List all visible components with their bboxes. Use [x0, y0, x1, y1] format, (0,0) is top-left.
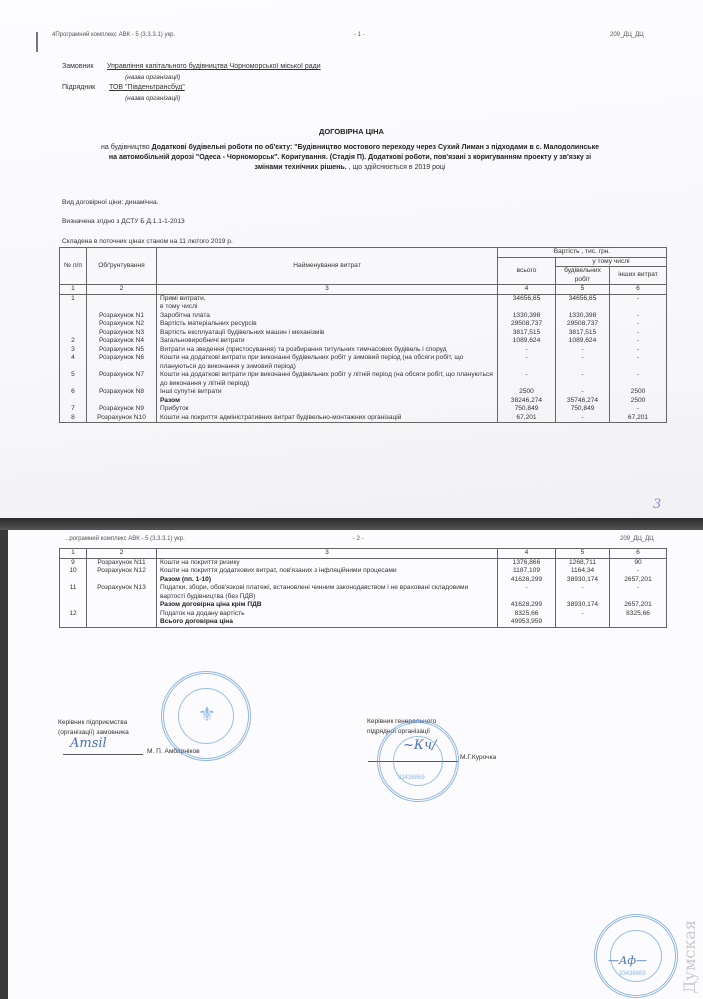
row-name: Загальновиробничі витрати — [157, 337, 498, 346]
table-row: Разом договірна ціна крім ПДВ41628,29938… — [60, 601, 667, 610]
row-construction: - — [556, 371, 610, 388]
stamp-code: 33436869 — [619, 971, 646, 977]
row-name: Вартість матеріальних ресурсів — [157, 320, 498, 329]
table-row: 5Розрахунок N7Кошти на додаткові витрати… — [60, 371, 667, 388]
row-name: Кошти на покриття ризику — [157, 558, 498, 567]
row-number — [60, 303, 87, 312]
row-total: 1376,866 — [498, 558, 556, 567]
col-header-basis: Обґрунтування — [87, 248, 157, 285]
contractor-value: ТОВ "Південьтрансбуд" — [109, 84, 185, 91]
row-basis: Розрахунок N1 — [87, 312, 157, 321]
col-header-other: інших витрат — [610, 267, 667, 285]
row-total — [498, 303, 556, 312]
row-name: в тому числі — [157, 303, 498, 312]
row-basis: Розрахунок N9 — [87, 405, 157, 414]
table-row: Розрахунок N2Вартість матеріальних ресур… — [60, 320, 667, 329]
row-total: 1187,109 — [498, 567, 556, 576]
row-name: Кошти на покриття адміністративних витра… — [157, 414, 498, 423]
row-name: Заробітна плата — [157, 312, 498, 321]
table-row: 6Розрахунок N8Інші супутні витрати2500-2… — [60, 388, 667, 397]
row-number — [60, 618, 87, 627]
row-other: 2500 — [610, 397, 667, 406]
row-construction: 34656,65 — [556, 294, 610, 303]
table-row: 11Розрахунок N13Податки, збори, обов'язк… — [60, 584, 667, 601]
price-type: Вид договірної ціни: динамічна. — [62, 199, 158, 206]
table-row: 10Розрахунок N12Кошти на покриття додатк… — [60, 567, 667, 576]
row-construction: 1164,34 — [556, 567, 610, 576]
col-header-construction: будівельних робіт — [556, 267, 610, 285]
row-other: - — [610, 337, 667, 346]
row-other: 90 — [610, 558, 667, 567]
row-name: Податок на додану вартість — [157, 610, 498, 619]
customer-value: Управління капітального будівництва Чорн… — [107, 63, 321, 70]
row-construction: - — [556, 346, 610, 355]
row-other — [610, 618, 667, 627]
row-name: Разом (пп. 1-10) — [157, 576, 498, 585]
row-other: 2657,201 — [610, 576, 667, 585]
row-basis — [87, 576, 157, 585]
table-row: 2Розрахунок N4Загальновиробничі витрати1… — [60, 337, 667, 346]
row-total: 3817,515 — [498, 329, 556, 338]
column-number-row: 1 2 3 4 5 6 — [60, 549, 667, 559]
row-name: Кошти на покриття додаткових витрат, пов… — [157, 567, 498, 576]
document-page-1: 4Програмний комплекс АВК - 5 (3.3.3.1) у… — [0, 0, 703, 518]
row-other: - — [610, 371, 667, 388]
row-other: - — [610, 405, 667, 414]
row-construction: - — [556, 610, 610, 619]
row-total: 38246,274 — [498, 397, 556, 406]
col-number: 5 — [556, 549, 610, 559]
row-construction: 750,849 — [556, 405, 610, 414]
row-total: 1089,624 — [498, 337, 556, 346]
table-row: 3Розрахунок N5Витрати на зведення (прист… — [60, 346, 667, 355]
col-number: 4 — [498, 549, 556, 559]
row-other: - — [610, 294, 667, 303]
row-other — [610, 303, 667, 312]
row-construction: 1268,711 — [556, 558, 610, 567]
compiled-date: Складена в поточних цінах станом на 11 л… — [62, 238, 233, 245]
row-basis — [87, 397, 157, 406]
row-other: - — [610, 312, 667, 321]
page-header-left: 4Програмний комплекс АВК - 5 (3.3.3.1) у… — [52, 32, 175, 38]
row-number: 2 — [60, 337, 87, 346]
row-name: Прямі витрати, — [157, 294, 498, 303]
customer-sign-line — [63, 754, 143, 755]
col-number: 4 — [498, 285, 556, 295]
project-description: на будівництво Додаткові будівельні робо… — [100, 143, 600, 173]
row-basis: Розрахунок N11 — [87, 558, 157, 567]
table-row: 7Розрахунок N9Прибуток750,849750,849- — [60, 405, 667, 414]
row-basis — [87, 610, 157, 619]
row-name: Інші супутні витрати — [157, 388, 498, 397]
row-total: - — [498, 371, 556, 388]
row-basis — [87, 601, 157, 610]
row-total: 41628,299 — [498, 601, 556, 610]
watermark: Думская — [680, 920, 699, 993]
row-construction: 29508,737 — [556, 320, 610, 329]
col-number: 3 — [157, 285, 498, 295]
row-total: 750,849 — [498, 405, 556, 414]
row-construction: - — [556, 388, 610, 397]
row-total: - — [498, 346, 556, 355]
page-header-left: ..рограмний комплекс АВК - 5 (3.3.3.1) у… — [66, 536, 185, 542]
customer-signature: Amsil — [70, 736, 107, 751]
stamp-code: 33436869 — [398, 775, 425, 781]
row-number: 3 — [60, 346, 87, 355]
col-header-num: № п/п — [60, 248, 87, 285]
row-other: - — [610, 320, 667, 329]
row-other: - — [610, 584, 667, 601]
page-header-right: 209_ДЦ_ДЦ — [610, 32, 644, 38]
table-row: Всього договірна ціна49953,959 — [60, 618, 667, 627]
document-page-2: ..рограмний комплекс АВК - 5 (3.3.3.1) у… — [8, 530, 703, 999]
cost-table-page-1: № п/п Обґрунтування Найменування витрат … — [59, 247, 667, 423]
contractor-label: Підрядник — [62, 84, 95, 91]
row-other: 67,201 — [610, 414, 667, 423]
row-other: 2500 — [610, 388, 667, 397]
table-row: Розрахунок N1Заробітна плата1330,3981330… — [60, 312, 667, 321]
row-name: Разом — [157, 397, 498, 406]
page-header-center: - 1 - — [354, 32, 365, 38]
row-name: Витрати на зведення (пристосування) та р… — [157, 346, 498, 355]
col-number: 5 — [556, 285, 610, 295]
row-total: 67,201 — [498, 414, 556, 423]
row-name: Кошти на додаткові витрати при виконанні… — [157, 371, 498, 388]
page-separator — [0, 518, 703, 530]
row-number — [60, 320, 87, 329]
table-row: Разом (пп. 1-10)41628,29938930,1742657,2… — [60, 576, 667, 585]
col-number: 1 — [60, 285, 87, 295]
table-row: 9Розрахунок N11Кошти на покриття ризику1… — [60, 558, 667, 567]
row-number: 9 — [60, 558, 87, 567]
handwritten-page-number: 3 — [653, 497, 661, 512]
col-header-total: всього — [498, 257, 556, 285]
row-basis: Розрахунок N2 — [87, 320, 157, 329]
row-basis: Розрахунок N12 — [87, 567, 157, 576]
row-total: 1330,398 — [498, 312, 556, 321]
row-total: 8325,66 — [498, 610, 556, 619]
customer-hint: (назва організації) — [125, 74, 180, 81]
row-total: 41628,299 — [498, 576, 556, 585]
row-construction: - — [556, 354, 610, 371]
row-construction: 38930,174 — [556, 576, 610, 585]
desc-prefix: на будівництво — [101, 144, 150, 151]
row-basis: Розрахунок N4 — [87, 337, 157, 346]
table-row: 1Прямі витрати,34656,6534656,65- — [60, 294, 667, 303]
table-row: в тому числі — [60, 303, 667, 312]
trident-icon: ⚜ — [198, 702, 216, 727]
desc-suffix: , що здійснюється в 2019 році — [349, 164, 446, 171]
margin-mark — [36, 32, 38, 52]
row-total: 49953,959 — [498, 618, 556, 627]
row-basis — [87, 618, 157, 627]
row-total: 2500 — [498, 388, 556, 397]
row-number — [60, 312, 87, 321]
row-construction: - — [556, 414, 610, 423]
row-construction: - — [556, 584, 610, 601]
row-other: - — [610, 567, 667, 576]
col-header-name: Найменування витрат — [157, 248, 498, 285]
customer-label: Замовник — [62, 63, 93, 70]
col-number: 6 — [610, 549, 667, 559]
row-construction: 35746,274 — [556, 397, 610, 406]
row-number — [60, 576, 87, 585]
row-number — [60, 329, 87, 338]
row-total: 29508,737 — [498, 320, 556, 329]
table-row: Разом38246,27435746,2742500 — [60, 397, 667, 406]
cost-table-page-2: 1 2 3 4 5 6 9Розрахунок N11Кошти на покр… — [59, 548, 667, 628]
contractor-sign-name: М.Г.Курочка — [460, 754, 496, 761]
table-row: 4Розрахунок N6Кошти на додаткові витрати… — [60, 354, 667, 371]
row-basis: Розрахунок N8 — [87, 388, 157, 397]
row-other: 2657,201 — [610, 601, 667, 610]
col-number: 2 — [87, 549, 157, 559]
row-number: 12 — [60, 610, 87, 619]
row-basis: Розрахунок N13 — [87, 584, 157, 601]
row-total: - — [498, 584, 556, 601]
row-construction: 1089,624 — [556, 337, 610, 346]
row-number: 7 — [60, 405, 87, 414]
document-title: ДОГОВІРНА ЦІНА — [0, 127, 703, 136]
row-number: 6 — [60, 388, 87, 397]
customer-official-stamp: ⚜ — [161, 671, 251, 761]
row-name: Прибуток — [157, 405, 498, 414]
customer-sign-title-1: Керівник підприємства — [58, 719, 127, 726]
row-name: Кошти на додаткові витрати при виконанні… — [157, 354, 498, 371]
row-number: 1 — [60, 294, 87, 303]
row-name: Податки, збори, обов'язкові платежі, вст… — [157, 584, 498, 601]
corner-signature: —Аф— — [608, 954, 647, 967]
row-other: 8325,66 — [610, 610, 667, 619]
col-number: 6 — [610, 285, 667, 295]
row-basis: Розрахунок N6 — [87, 354, 157, 371]
contractor-hint: (назва організації) — [125, 95, 180, 102]
page-header-center: - 2 - — [353, 536, 364, 542]
row-number — [60, 601, 87, 610]
row-construction: 38930,174 — [556, 601, 610, 610]
row-name: Разом договірна ціна крім ПДВ — [157, 601, 498, 610]
row-number — [60, 397, 87, 406]
row-construction — [556, 618, 610, 627]
table-row: 8Розрахунок N10Кошти на покриття адмініс… — [60, 414, 667, 423]
row-number: 8 — [60, 414, 87, 423]
row-number: 11 — [60, 584, 87, 601]
row-number: 4 — [60, 354, 87, 371]
row-basis: Розрахунок N7 — [87, 371, 157, 388]
row-total: 34656,65 — [498, 294, 556, 303]
row-name: Всього договірна ціна — [157, 618, 498, 627]
row-construction: 3817,515 — [556, 329, 610, 338]
row-basis — [87, 294, 157, 303]
row-basis: Розрахунок N5 — [87, 346, 157, 355]
row-number: 10 — [60, 567, 87, 576]
col-header-cost: Вартість , тис. грн. — [498, 248, 667, 258]
table-row: 12Податок на додану вартість8325,66-8325… — [60, 610, 667, 619]
row-other: - — [610, 354, 667, 371]
row-basis: Розрахунок N10 — [87, 414, 157, 423]
col-header-including: у тому числі — [556, 257, 667, 267]
row-construction — [556, 303, 610, 312]
row-basis — [87, 303, 157, 312]
col-number: 1 — [60, 549, 87, 559]
standard-ref: Визначена згідно з ДСТУ Б Д.1.1-1-2013 — [62, 218, 185, 225]
row-name: Вартість експлуатації будівельних машин … — [157, 329, 498, 338]
row-basis: Розрахунок N3 — [87, 329, 157, 338]
row-other: - — [610, 329, 667, 338]
contractor-official-stamp: 33436869 — [377, 720, 459, 802]
col-number: 2 — [87, 285, 157, 295]
customer-sign-title-2: (організації) замовника — [58, 729, 129, 736]
row-number: 5 — [60, 371, 87, 388]
column-number-row: 1 2 3 4 5 6 — [60, 285, 667, 295]
col-number: 3 — [157, 549, 498, 559]
table-row: Розрахунок N3Вартість експлуатації будів… — [60, 329, 667, 338]
row-construction: 1330,398 — [556, 312, 610, 321]
page-header-right: 209_ДЦ_ДЦ — [620, 536, 654, 542]
row-total: - — [498, 354, 556, 371]
row-other: - — [610, 346, 667, 355]
